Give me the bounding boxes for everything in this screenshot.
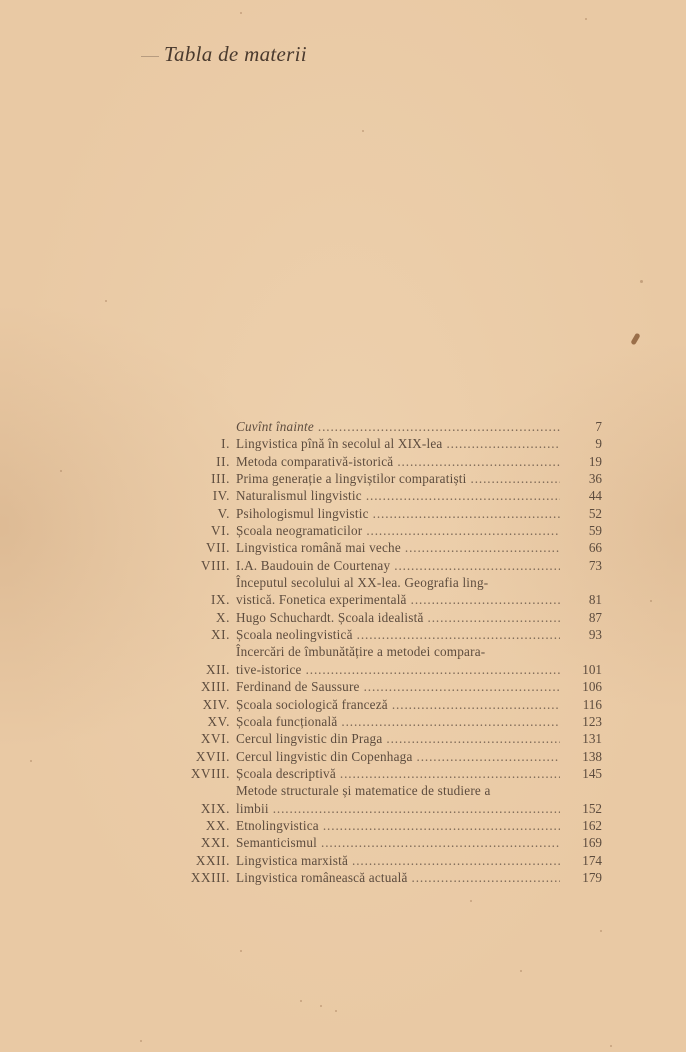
page-number: 169 (564, 834, 602, 851)
table-of-contents: Cuvînt înainte7I.Lingvistica pînă în sec… (160, 418, 602, 886)
chapter-title-block: Cercul lingvistic din Copenhaga (236, 748, 564, 765)
chapter-title-line: I.A. Baudouin de Courtenay (236, 557, 564, 574)
chapter-title-text: Cercul lingvistic din Copenhaga (236, 748, 413, 765)
chapter-title-block: Psihologismul lingvistic (236, 505, 564, 522)
toc-entry: XIX.Metode structurale și matematice de … (160, 782, 602, 817)
toc-entry: XV.Școala funcțională123 (160, 713, 602, 730)
chapter-numeral: X. (160, 609, 236, 626)
chapter-title-block: Metode structurale și matematice de stud… (236, 782, 564, 817)
paper-speck (470, 900, 472, 902)
chapter-title-line: Școala neolingvistică (236, 626, 564, 643)
chapter-title-text: vistică. Fonetica experimentală (236, 591, 407, 608)
chapter-numeral: I. (160, 435, 236, 452)
dot-leader (428, 609, 560, 626)
toc-entry: XIII.Ferdinand de Saussure106 (160, 678, 602, 695)
page-number: 116 (564, 696, 602, 713)
page-number: 123 (564, 713, 602, 730)
title-dash-mark (141, 56, 159, 57)
page-number: 7 (564, 418, 602, 435)
page-title: Tabla de materii (141, 42, 307, 67)
toc-entry: III.Prima generație a lingviștilor compa… (160, 470, 602, 487)
dot-leader (352, 852, 560, 869)
chapter-numeral: VIII. (160, 557, 236, 574)
paper-speck (60, 470, 62, 472)
dot-leader (323, 817, 560, 834)
page-number: 101 (564, 661, 602, 678)
toc-entry: V.Psihologismul lingvistic52 (160, 505, 602, 522)
dot-leader (366, 487, 560, 504)
paper-speck (640, 280, 643, 283)
chapter-title-line: Încercări de îmbunătățire a metodei comp… (236, 643, 564, 660)
page-number: 152 (564, 800, 602, 817)
chapter-numeral: XXII. (160, 852, 236, 869)
chapter-numeral: XXI. (160, 834, 236, 851)
chapter-numeral: XII. (160, 661, 236, 678)
toc-entry: VI.Școala neogramaticilor59 (160, 522, 602, 539)
chapter-title-block: Lingvistica marxistă (236, 852, 564, 869)
chapter-title-line: Școala neogramaticilor (236, 522, 564, 539)
chapter-title-text: Psihologismul lingvistic (236, 505, 369, 522)
paper-speck (585, 18, 587, 20)
chapter-title-line: Cuvînt înainte (236, 418, 564, 435)
chapter-title-text: Școala funcțională (236, 713, 337, 730)
chapter-title-block: Ferdinand de Saussure (236, 678, 564, 695)
chapter-title-text: Metode structurale și matematice de stud… (236, 782, 491, 799)
chapter-title-block: Lingvistica românească actuală (236, 869, 564, 886)
chapter-numeral: XV. (160, 713, 236, 730)
paper-speck (320, 1005, 322, 1007)
dot-leader (397, 453, 560, 470)
chapter-title-text: Metoda comparativă-istorică (236, 453, 393, 470)
chapter-title-line: limbii (236, 800, 564, 817)
page-number: 59 (564, 522, 602, 539)
dot-leader (340, 765, 560, 782)
chapter-title-text: Lingvistica românească actuală (236, 869, 408, 886)
paper-speck (362, 130, 364, 132)
chapter-title-line: vistică. Fonetica experimentală (236, 591, 564, 608)
toc-entry: VIII.I.A. Baudouin de Courtenay73 (160, 557, 602, 574)
chapter-numeral: VII. (160, 539, 236, 556)
toc-entry: XXI.Semanticismul169 (160, 834, 602, 851)
chapter-title-text: Lingvistica pînă în secolul al XIX-lea (236, 435, 442, 452)
chapter-title-text: I.A. Baudouin de Courtenay (236, 557, 390, 574)
page-number: 9 (564, 435, 602, 452)
page-number: 162 (564, 817, 602, 834)
chapter-title-text: Încercări de îmbunătățire a metodei comp… (236, 643, 485, 660)
paper-speck (105, 300, 107, 302)
chapter-title-block: Școala funcțională (236, 713, 564, 730)
chapter-title-text: Prima generație a lingviștilor comparati… (236, 470, 467, 487)
chapter-title-line: Psihologismul lingvistic (236, 505, 564, 522)
dot-leader (318, 418, 560, 435)
toc-entry: XIV.Școala sociologică franceză116 (160, 696, 602, 713)
dot-leader (366, 522, 560, 539)
dot-leader (446, 435, 560, 452)
toc-entry: II.Metoda comparativă-istorică19 (160, 453, 602, 470)
chapter-title-text: Naturalismul lingvistic (236, 487, 362, 504)
page-number: 145 (564, 765, 602, 782)
chapter-title-block: Școala descriptivă (236, 765, 564, 782)
chapter-numeral: IV. (160, 487, 236, 504)
chapter-title-line: Cercul lingvistic din Copenhaga (236, 748, 564, 765)
chapter-numeral: III. (160, 470, 236, 487)
toc-entry: XI.Școala neolingvistică93 (160, 626, 602, 643)
page-number: 19 (564, 453, 602, 470)
page-number: 131 (564, 730, 602, 747)
page-number: 81 (564, 591, 602, 608)
chapter-title-block: Școala neolingvistică (236, 626, 564, 643)
chapter-numeral: XX. (160, 817, 236, 834)
chapter-numeral: IX. (160, 591, 236, 608)
paper-stain (630, 333, 640, 346)
page-number: 73 (564, 557, 602, 574)
chapter-title-line: Lingvistica pînă în secolul al XIX-lea (236, 435, 564, 452)
chapter-numeral: XIV. (160, 696, 236, 713)
toc-entry: VII.Lingvistica română mai veche66 (160, 539, 602, 556)
chapter-title-line: Școala funcțională (236, 713, 564, 730)
book-page: { "page": { "title": "Tabla de materii",… (0, 0, 686, 1052)
toc-entry: XVIII.Școala descriptivă145 (160, 765, 602, 782)
chapter-title-block: Metoda comparativă-istorică (236, 453, 564, 470)
page-number: 179 (564, 869, 602, 886)
chapter-title-line: Metoda comparativă-istorică (236, 453, 564, 470)
toc-entry: XXII.Lingvistica marxistă174 (160, 852, 602, 869)
chapter-numeral: VI. (160, 522, 236, 539)
chapter-title-text: Școala sociologică franceză (236, 696, 388, 713)
toc-entry: XXIII.Lingvistica românească actuală179 (160, 869, 602, 886)
toc-entry: I.Lingvistica pînă în secolul al XIX-lea… (160, 435, 602, 452)
toc-entry: IV.Naturalismul lingvistic44 (160, 487, 602, 504)
chapter-title-block: Cercul lingvistic din Praga (236, 730, 564, 747)
chapter-title-text: Ferdinand de Saussure (236, 678, 360, 695)
chapter-numeral: XVII. (160, 748, 236, 765)
page-number: 66 (564, 539, 602, 556)
paper-speck (30, 760, 32, 762)
toc-entry: XX.Etnolingvistica162 (160, 817, 602, 834)
chapter-title-text: Hugo Schuchardt. Școala idealistă (236, 609, 424, 626)
dot-leader (273, 800, 560, 817)
toc-entry: IX.Începutul secolului al XX-lea. Geogra… (160, 574, 602, 609)
dot-leader (321, 834, 560, 851)
chapter-title-block: Școala neogramaticilor (236, 522, 564, 539)
dot-leader (394, 557, 560, 574)
dot-leader (373, 505, 560, 522)
chapter-numeral: V. (160, 505, 236, 522)
chapter-title-line: Lingvistica românească actuală (236, 869, 564, 886)
chapter-numeral: II. (160, 453, 236, 470)
paper-speck (650, 600, 652, 602)
chapter-title-text: Cercul lingvistic din Praga (236, 730, 382, 747)
toc-entry: XVII.Cercul lingvistic din Copenhaga138 (160, 748, 602, 765)
chapter-title-line: Cercul lingvistic din Praga (236, 730, 564, 747)
toc-entry: XVI.Cercul lingvistic din Praga131 (160, 730, 602, 747)
chapter-title-text: Școala neogramaticilor (236, 522, 362, 539)
toc-entry: Cuvînt înainte7 (160, 418, 602, 435)
chapter-title-text: Semanticismul (236, 834, 317, 851)
chapter-title-line: Ferdinand de Saussure (236, 678, 564, 695)
page-number: 52 (564, 505, 602, 522)
page-number: 93 (564, 626, 602, 643)
chapter-title-line: Semanticismul (236, 834, 564, 851)
chapter-title-line: Prima generație a lingviștilor comparati… (236, 470, 564, 487)
paper-speck (520, 970, 522, 972)
chapter-title-text: Școala neolingvistică (236, 626, 353, 643)
page-number: 106 (564, 678, 602, 695)
chapter-title-block: I.A. Baudouin de Courtenay (236, 557, 564, 574)
paper-speck (300, 1000, 302, 1002)
dot-leader (411, 591, 560, 608)
chapter-title-block: Semanticismul (236, 834, 564, 851)
page-number: 174 (564, 852, 602, 869)
chapter-title-text: Cuvînt înainte (236, 418, 314, 435)
chapter-title-line: Etnolingvistica (236, 817, 564, 834)
chapter-title-line: Școala sociologică franceză (236, 696, 564, 713)
chapter-title-text: Etnolingvistica (236, 817, 319, 834)
chapter-title-block: Etnolingvistica (236, 817, 564, 834)
chapter-title-line: Începutul secolului al XX-lea. Geografia… (236, 574, 564, 591)
chapter-title-text: Lingvistica română mai veche (236, 539, 401, 556)
chapter-title-block: Încercări de îmbunătățire a metodei comp… (236, 643, 564, 678)
chapter-title-text: tive-istorice (236, 661, 302, 678)
paper-speck (240, 12, 242, 14)
dot-leader (471, 470, 560, 487)
page-title-text: Tabla de materii (164, 42, 307, 66)
toc-entry: X.Hugo Schuchardt. Școala idealistă87 (160, 609, 602, 626)
chapter-title-text: limbii (236, 800, 269, 817)
chapter-title-text: Lingvistica marxistă (236, 852, 348, 869)
chapter-title-block: Cuvînt înainte (236, 418, 564, 435)
paper-speck (335, 1010, 337, 1012)
chapter-title-line: Lingvistica română mai veche (236, 539, 564, 556)
chapter-numeral: XIX. (160, 800, 236, 817)
dot-leader (357, 626, 560, 643)
page-number: 44 (564, 487, 602, 504)
dot-leader (392, 696, 560, 713)
paper-speck (600, 930, 602, 932)
chapter-numeral: XXIII. (160, 869, 236, 886)
dot-leader (364, 678, 560, 695)
chapter-title-text: Școala descriptivă (236, 765, 336, 782)
chapter-title-block: Școala sociologică franceză (236, 696, 564, 713)
page-number: 36 (564, 470, 602, 487)
dot-leader (417, 748, 560, 765)
toc-entry: XII.Încercări de îmbunătățire a metodei … (160, 643, 602, 678)
chapter-numeral: XI. (160, 626, 236, 643)
chapter-numeral: XVI. (160, 730, 236, 747)
dot-leader (386, 730, 560, 747)
chapter-title-block: Hugo Schuchardt. Școala idealistă (236, 609, 564, 626)
paper-speck (610, 1045, 612, 1047)
page-number: 138 (564, 748, 602, 765)
dot-leader (306, 661, 560, 678)
chapter-title-line: Hugo Schuchardt. Școala idealistă (236, 609, 564, 626)
dot-leader (341, 713, 560, 730)
chapter-title-block: Începutul secolului al XX-lea. Geografia… (236, 574, 564, 609)
dot-leader (405, 539, 560, 556)
chapter-title-block: Prima generație a lingviștilor comparati… (236, 470, 564, 487)
chapter-title-line: Școala descriptivă (236, 765, 564, 782)
chapter-title-block: Lingvistica română mai veche (236, 539, 564, 556)
chapter-title-line: Naturalismul lingvistic (236, 487, 564, 504)
chapter-title-text: Începutul secolului al XX-lea. Geografia… (236, 574, 488, 591)
dot-leader (412, 869, 561, 886)
paper-speck (140, 1040, 142, 1042)
chapter-title-line: tive-istorice (236, 661, 564, 678)
chapter-title-line: Metode structurale și matematice de stud… (236, 782, 564, 799)
chapter-numeral: XIII. (160, 678, 236, 695)
chapter-title-block: Naturalismul lingvistic (236, 487, 564, 504)
chapter-numeral: XVIII. (160, 765, 236, 782)
page-number: 87 (564, 609, 602, 626)
chapter-title-block: Lingvistica pînă în secolul al XIX-lea (236, 435, 564, 452)
chapter-title-line: Lingvistica marxistă (236, 852, 564, 869)
paper-speck (240, 950, 242, 952)
